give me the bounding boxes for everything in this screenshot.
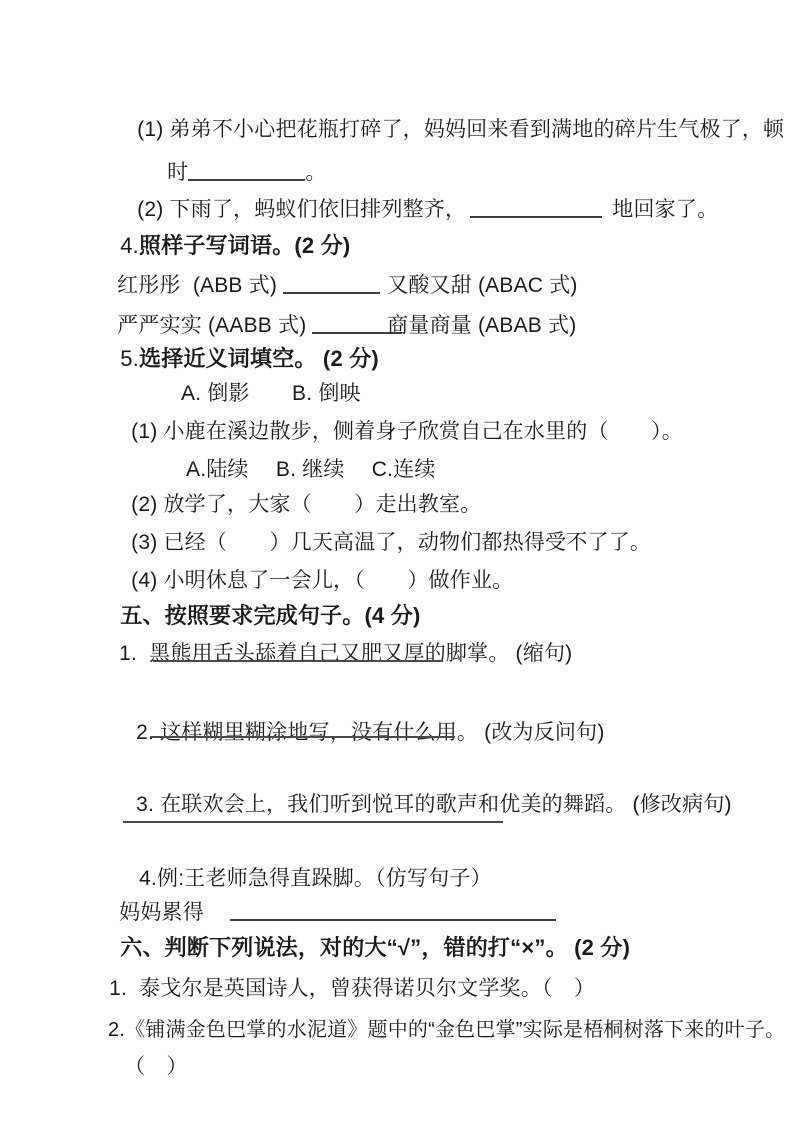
- sentence-task-2-text: 2. 这样糊里糊涂地写，没有什么用。 (改为反问句): [136, 721, 604, 744]
- judge-item-2-parens: （ ）: [124, 1055, 188, 1078]
- answer-line-3: [123, 821, 503, 823]
- answer-line-2: [150, 736, 455, 738]
- answer-blank-2: [470, 214, 602, 218]
- exam-paper-page: (1) 弟弟不小心把花瓶打碎了，妈妈回来看到满地的碎片生气极了，顿 时。 (2)…: [0, 0, 793, 1122]
- fill-item-2-suffix: 地回家了。: [606, 198, 718, 221]
- word-row-2-right-pattern: (ABAB 式): [472, 314, 576, 337]
- answer-line-1: [153, 660, 443, 662]
- word-row-2-right-word: 商量商量: [387, 314, 472, 337]
- section-5-number: 5.: [120, 346, 139, 371]
- sentence-task-3: 3. 在联欢会上，我们听到悦耳的歌声和优美的舞蹈。 (修改病句): [112, 763, 732, 847]
- sentence-task-3-text: 3. 在联欢会上，我们听到悦耳的歌声和优美的舞蹈。 (修改病句): [136, 793, 732, 816]
- judge-item-2: 2.《铺满金色巴掌的水泥道》题中的“金色巴掌”实际是梧桐树落下来的叶子。: [85, 988, 785, 1072]
- judge-item-2-answer: （ ）: [100, 1025, 188, 1109]
- word-row-2-right: 商量商量 (ABAB 式): [363, 284, 576, 368]
- sentence-task-1: 1. 黑熊用舌头舔着自己又肥又厚的脚掌。 (缩句): [95, 612, 572, 696]
- judge-item-2-text: 2.《铺满金色巴掌的水泥道》题中的“金色巴掌”实际是梧桐树落下来的叶子。: [108, 1019, 785, 1041]
